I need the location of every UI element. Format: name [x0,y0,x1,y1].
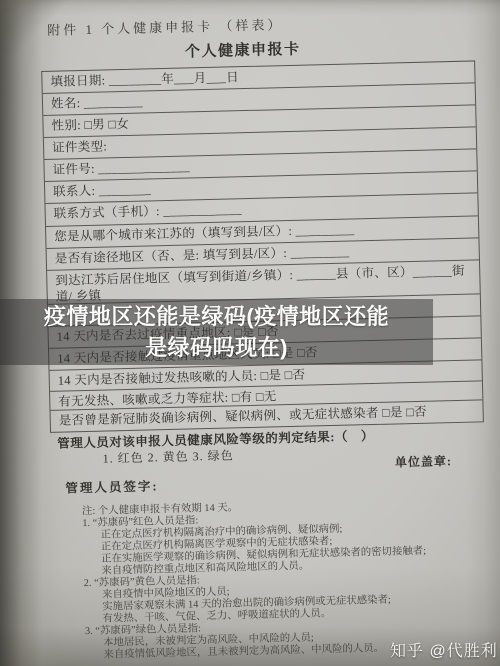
unit-stamp-label: 单位盖章: [395,452,452,470]
watermark-site-name: 知乎 [390,643,424,660]
attachment-heading: 附件 1 个人健康申报卡 （样表） [47,14,284,39]
caption-line-2: 是绿码吗现在) [145,332,288,363]
manager-signature-label: 管理人员签字: [65,476,159,496]
risk-options-line: 1. 红色 2. 黄色 3. 绿色 [102,446,233,466]
watermark: 知乎 @代胜利 [390,638,498,661]
watermark-author-handle: @代胜利 [429,643,497,660]
declaration-table: 填报日期: ________年___月___日姓名: _________性别: … [41,60,484,432]
caption-overlay: 疫情地区还能是绿码(疫情地区还能 是绿码吗现在) [0,299,433,365]
photo-of-form: 附件 1 个人健康申报卡 （样表） 个人健康申报卡 填报日期: ________… [0,0,500,666]
caption-line-1: 疫情地区还能是绿码(疫情地区还能 [44,301,389,332]
